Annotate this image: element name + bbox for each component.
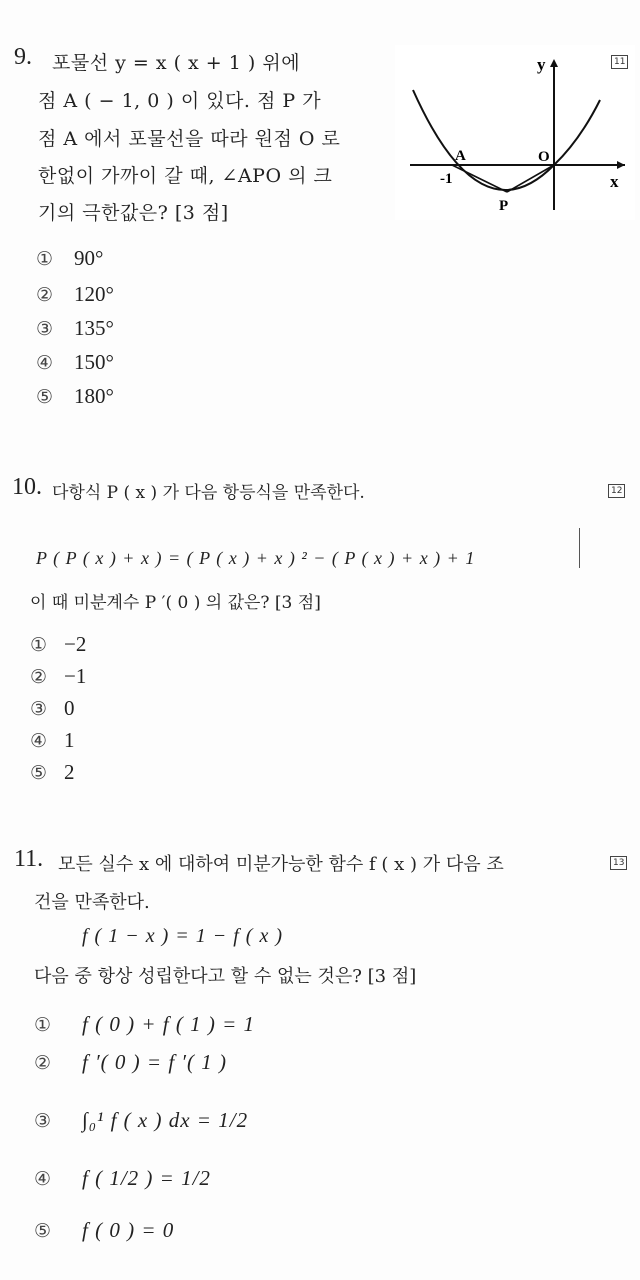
question-text-line: 모든 실수 x 에 대하여 미분가능한 함수 f ( x ) 가 다음 조 xyxy=(58,850,603,876)
choice-4[interactable]: ④f ( 1/2 ) = 1/2 xyxy=(34,1166,211,1191)
choice-2[interactable]: ②f ′( 0 ) = f ′( 1 ) xyxy=(34,1050,227,1075)
choice-4[interactable]: ④150° xyxy=(36,350,114,375)
item-badge: 13 xyxy=(610,856,627,870)
choice-3[interactable]: ③∫₀¹ f ( x ) dx = 1/2 xyxy=(34,1108,248,1133)
svg-text:P: P xyxy=(499,198,508,214)
choice-1[interactable]: ①−2 xyxy=(30,632,86,657)
question-number: 9. xyxy=(14,44,32,71)
question-text-line: 다항식 P ( x ) 가 다음 항등식을 만족한다. xyxy=(52,478,365,503)
choice-5[interactable]: ⑤2 xyxy=(30,760,75,785)
question-text-line: 포물선 y = x ( x + 1 ) 위에 xyxy=(52,48,300,75)
question-text-line: 한없이 가까이 갈 때, ∠APO 의 크 xyxy=(38,161,332,188)
choice-4[interactable]: ④1 xyxy=(30,728,75,753)
question-text-line: 점 A ( − 1, 0 ) 이 있다. 점 P 가 xyxy=(38,86,321,113)
choice-5[interactable]: ⑤180° xyxy=(36,384,114,409)
condition-equation: f ( 1 − x ) = 1 − f ( x ) xyxy=(82,925,283,948)
choice-2[interactable]: ②120° xyxy=(36,282,114,307)
item-badge: 12 xyxy=(608,484,625,498)
choice-2[interactable]: ②−1 xyxy=(30,664,86,689)
text-cursor xyxy=(579,528,580,568)
question-text-line: 이 때 미분계수 P ′( 0 ) 의 값은? [3 점] xyxy=(30,588,321,613)
choice-1[interactable]: ①f ( 0 ) + f ( 1 ) = 1 xyxy=(34,1012,255,1037)
question-text-line: 기의 극한값은? [3 점] xyxy=(38,198,229,225)
choice-1[interactable]: ①90° xyxy=(36,246,103,271)
svg-text:A: A xyxy=(455,148,466,164)
choice-5[interactable]: ⑤f ( 0 ) = 0 xyxy=(34,1218,174,1243)
parabola-figure: A O P -1 x y 11 xyxy=(395,45,635,220)
svg-text:x: x xyxy=(610,172,619,191)
svg-text:-1: -1 xyxy=(440,171,453,187)
svg-text:y: y xyxy=(537,55,546,74)
svg-text:O: O xyxy=(538,149,550,165)
item-badge: 11 xyxy=(611,55,628,69)
parabola-graph-icon: A O P -1 x y xyxy=(395,45,635,220)
question-text-line: 점 A 에서 포물선을 따라 원점 O 로 xyxy=(38,124,340,151)
question-number: 11. xyxy=(14,846,43,873)
identity-equation: P ( P ( x ) + x ) = ( P ( x ) + x ) ² − … xyxy=(36,548,475,569)
question-text-line: 다음 중 항상 성립한다고 할 수 없는 것은? [3 점] xyxy=(34,962,416,988)
choice-3[interactable]: ③0 xyxy=(30,696,75,721)
question-number: 10. xyxy=(12,474,42,501)
choice-3[interactable]: ③135° xyxy=(36,316,114,341)
question-text-line: 건을 만족한다. xyxy=(34,888,150,914)
